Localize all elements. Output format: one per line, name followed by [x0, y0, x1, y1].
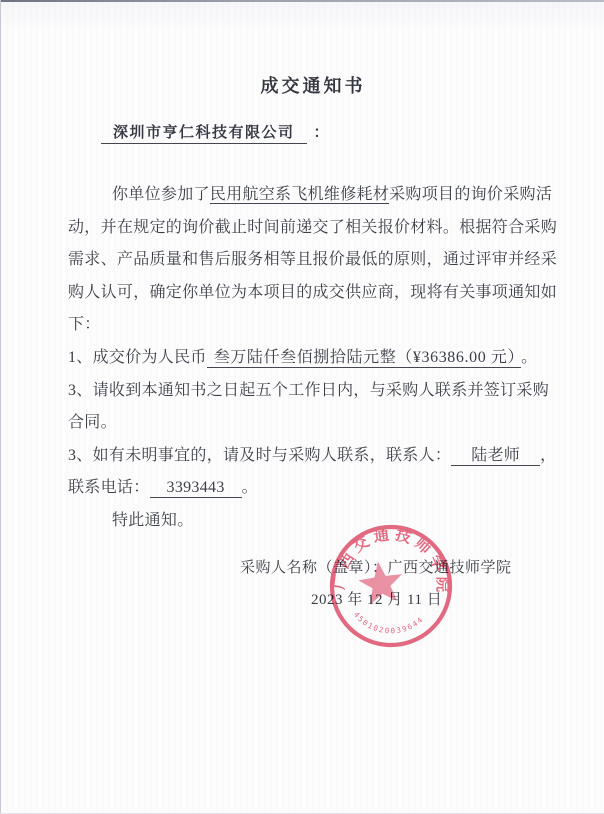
body-line-5: 下： [68, 309, 546, 342]
recipient-line: 深圳市亨仁科技有限公司： [101, 121, 330, 142]
body-line-3: 需求、产品质量和售后服务相等且报价最低的原则，通过评审并经采 [68, 244, 546, 277]
item-1-period: 。 [521, 349, 537, 366]
stamp-serial-number: 4501020039644 [351, 610, 426, 638]
phone-period: 。 [242, 479, 258, 496]
body-text: 采购项目的询价采购活 [389, 186, 552, 203]
body-line-1: 你单位参加了民用航空系飞机维修耗材采购项目的询价采购活 [68, 179, 546, 212]
item-1-price: 1、成交价为人民币叁万陆仟叁佰捌拾陆元整（¥36386.00 元）。 [68, 342, 546, 375]
project-name: 民用航空系飞机维修耗材 [210, 186, 389, 204]
svg-text:4501020039644: 4501020039644 [351, 610, 426, 638]
item-3-comma: ， [540, 447, 556, 464]
recipient-name: 深圳市亨仁科技有限公司 [101, 125, 307, 144]
scan-edge-left [0, 0, 1, 814]
contact-phone: 3393443 [150, 479, 242, 498]
item-3-line-2: 联系电话：3393443。 [68, 472, 546, 505]
body-line-4: 购人认可，确定你单位为本项目的成交供应商，现将有关事项通知如 [68, 277, 546, 310]
body-line-2: 动，并在规定的询价截止时间前递交了相关报价材料。根据符合采购 [68, 212, 546, 245]
closing-line: 特此通知。 [68, 505, 546, 538]
document-body: 你单位参加了民用航空系飞机维修耗材采购项目的询价采购活 动，并在规定的询价截止时… [68, 179, 546, 538]
contact-person: 陆老师 [451, 447, 540, 466]
buyer-label: 采购人名称（盖章）： [240, 560, 388, 576]
document-page: 成交通知书 深圳市亨仁科技有限公司： 你单位参加了民用航空系飞机维修耗材采购项目… [0, 0, 604, 814]
recipient-colon: ： [314, 125, 331, 141]
item-1-label: 1、成交价为人民币 [68, 349, 207, 366]
item-3-label: 3、如有未明事宜的，请及时与采购人联系，联系人： [68, 447, 451, 464]
date-line: 2023 年 12 月 11 日 [311, 588, 442, 609]
phone-label: 联系电话： [68, 479, 150, 496]
body-text: 你单位参加了 [112, 186, 210, 203]
item-3-line-1: 3、如有未明事宜的，请及时与采购人联系，联系人：陆老师， [68, 440, 546, 473]
item-2-line-1: 3、请收到本通知书之日起五个工作日内，与采购人联系并签订采购 [68, 375, 546, 408]
stamp-ring [328, 523, 454, 649]
item-2-line-2: 合同。 [68, 407, 546, 440]
price-amount: 叁万陆仟叁佰捌拾陆元整（¥36386.00 元） [207, 349, 521, 368]
scan-edge-top [0, 0, 604, 2]
document-title: 成交通知书 [0, 72, 604, 98]
buyer-name: 广西交通技师学院 [388, 560, 512, 576]
signature-line: 采购人名称（盖章）：广西交通技师学院 [240, 556, 512, 577]
